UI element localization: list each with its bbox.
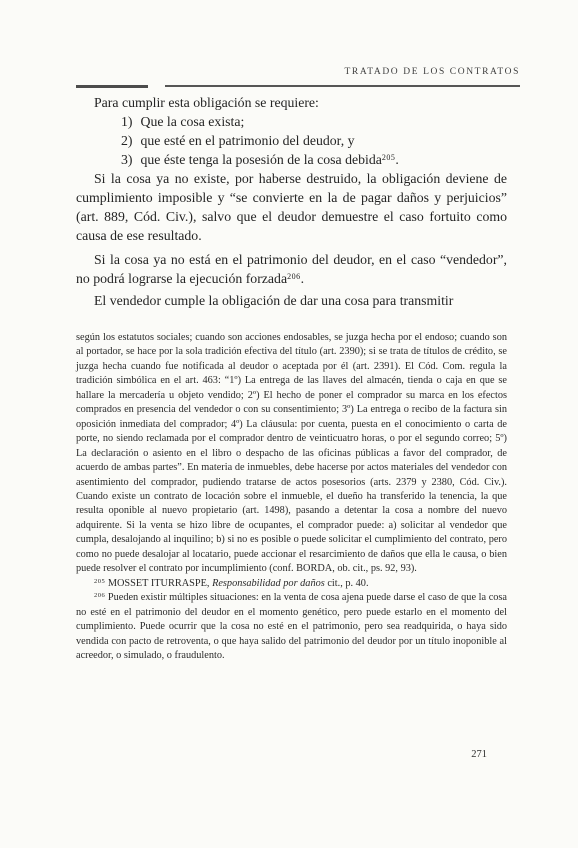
running-header: TRATADO DE LOS CONTRATOS <box>76 67 520 77</box>
list-item: 1)Que la cosa exista; <box>76 112 507 131</box>
footnotes-block: según los estatutos sociales; cuando son… <box>76 331 507 663</box>
footnote-text: según los estatutos sociales; cuando son… <box>76 332 507 574</box>
paragraph-intro: Para cumplir esta obligación se requiere… <box>76 93 507 112</box>
item-text-post: . <box>395 152 398 167</box>
footnote-206: 206 Pueden existir múltiples situaciones… <box>76 591 507 663</box>
item-number: 2) <box>103 131 133 150</box>
intro-text: Para cumplir esta obligación se requiere… <box>94 95 319 110</box>
book-page-scan: TRATADO DE LOS CONTRATOS Para cumplir es… <box>0 0 578 848</box>
paragraph: Si la cosa ya no existe, por haberse des… <box>76 169 507 245</box>
footnote-ref: 205 <box>382 153 396 162</box>
footnote-ref: 206 <box>287 272 301 281</box>
page-number: 271 <box>76 749 487 760</box>
paragraph-text: Si la cosa ya no existe, por haberse des… <box>76 171 507 243</box>
item-text: que éste tenga la posesión de la cosa de… <box>141 152 382 167</box>
item-number: 1) <box>103 112 133 131</box>
header-rule-main <box>165 85 520 87</box>
footnote-work-title: Responsabilidad por daños <box>212 578 325 589</box>
body-text: Para cumplir esta obligación se requiere… <box>76 93 507 310</box>
footnote-marker: 206 <box>94 592 105 599</box>
item-text: Que la cosa exista; <box>141 114 245 129</box>
paragraph: El vendedor cumple la obligación de dar … <box>76 291 507 310</box>
list-item: 2)que esté en el patrimonio del deudor, … <box>76 131 507 150</box>
footnote-continuation: según los estatutos sociales; cuando son… <box>76 331 507 577</box>
footnote-marker: 205 <box>94 578 105 585</box>
header-rule-left <box>76 85 148 88</box>
footnote-author: MOSSET ITURRASPE, <box>105 578 212 589</box>
item-text: que esté en el patrimonio del deudor, y <box>141 133 355 148</box>
item-number: 3) <box>103 150 133 169</box>
footnote-205: 205 MOSSET ITURRASPE, Responsabilidad po… <box>76 577 507 591</box>
paragraph-text-post: . <box>301 271 304 286</box>
list-item: 3)que éste tenga la posesión de la cosa … <box>76 150 507 169</box>
paragraph-text: El vendedor cumple la obligación de dar … <box>94 293 453 308</box>
footnote-text: Pueden existir múltiples situaciones: en… <box>76 592 507 661</box>
paragraph: Si la cosa ya no está en el patrimonio d… <box>76 250 507 288</box>
footnote-text-post: cit., p. 40. <box>325 578 369 589</box>
